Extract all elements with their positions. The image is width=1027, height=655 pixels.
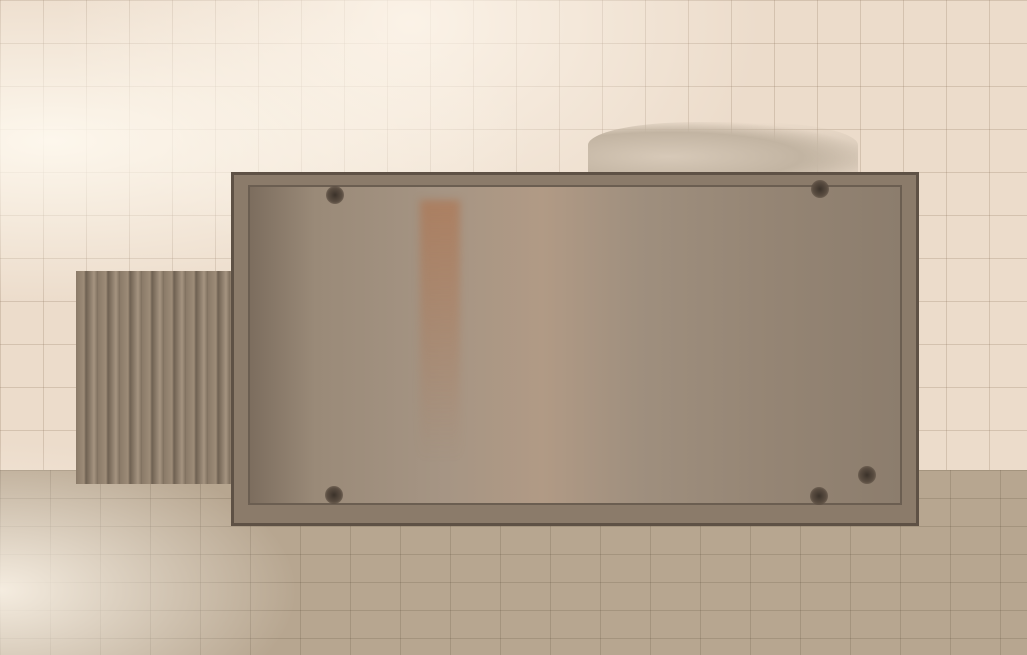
wooden-board [76,271,234,484]
metal-tank [231,172,919,526]
tank-panel [248,185,902,505]
bolt-top-left [326,186,344,204]
bolt-bottom-left [325,486,343,504]
rust-streak [420,200,460,460]
bolt-hole [858,466,876,484]
bolt-top-right [811,180,829,198]
bolt-bottom-right [810,487,828,505]
photograph [0,0,1027,655]
